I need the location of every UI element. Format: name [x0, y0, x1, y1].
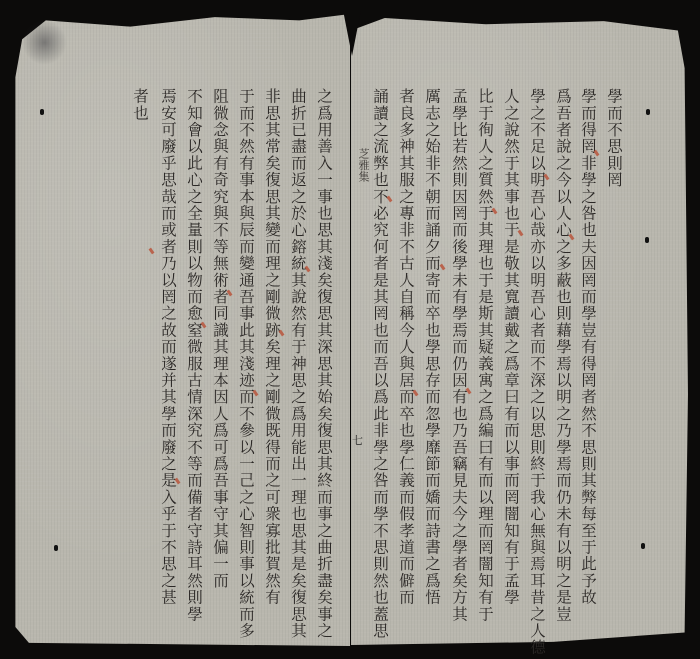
text-column: 學而得罔非學之咎也夫因罔而學豈有得罔者然不思則其弊每至于此予故	[578, 88, 597, 606]
binding-hole	[54, 545, 58, 551]
text-column: 人之說然于其事也于是敬其寬讀戴之爲章曰有而以事而罔闇知有于孟學	[501, 88, 520, 606]
text-column: 厲志之始非不朝而誦夕而寄而卒也學思存而忽學靡節而嬌而詩書之爲悟	[422, 88, 441, 606]
text-column: 者良多神其服之專非不古人自稱今人與居而卒也學仁義而假孝道而僻而	[396, 88, 415, 606]
text-column: 非思其常矣復思其變而理之剛微跡矣理之剛微既得而之可衆寡批賀然有	[262, 88, 281, 606]
torn-notch	[343, 10, 361, 56]
text-column: 焉安可廢乎思哉而或者乃以罔之故而遂并其學而廢之是入乎于不思之甚	[158, 88, 177, 606]
binding-hole	[641, 543, 645, 549]
text-column: 不知會以此心之全量則以物而愈窒微服古情深究不等而備者守詩耳然則學	[184, 88, 203, 622]
text-column: 之爲用善入一事也思其淺矣復思其深思其始矣復思其終而事之曲折盡矣事之	[314, 88, 333, 639]
binding-hole	[645, 237, 649, 243]
text-column: 學之不足以明吾心哉亦以明吾心者而不深之以思則終于我心無與焉耳昔之人德	[527, 88, 546, 656]
ink-stain	[22, 20, 67, 65]
folio-number: 七	[352, 432, 363, 448]
text-column: 阻微念與有奇究與不等無術者同識其理本因人爲可爲吾事守其偏一而	[210, 88, 229, 589]
text-column: 于而不然有事本與辰而變通吾事此其淺迹而不參以一己之心智則事以統而多	[236, 88, 255, 639]
text-column: 爲吾者說之今以人心之多蔽也則藉學焉以明之乃學焉而仍未有以明之是豈	[553, 88, 572, 622]
text-column: 者也	[130, 88, 149, 121]
text-column: 孟學比若然則因罔而後學未有學焉而仍因有也乃吾竊見夫今之學者矣方其	[449, 88, 468, 622]
right-page-title: 學而不思則罔	[604, 88, 623, 188]
binding-hole	[646, 109, 650, 115]
text-column: 曲折已盡而返之於心鎔統其說然有于神思之爲用能出一理也思其是矣復思其	[288, 88, 307, 639]
text-column: 比于徇人之質然于其理也于是斯其疑義寓之爲編曰有而以理而罔闇知有于	[475, 88, 494, 622]
binding-hole	[40, 109, 44, 115]
collection-signature: 芝雅集	[354, 148, 373, 183]
